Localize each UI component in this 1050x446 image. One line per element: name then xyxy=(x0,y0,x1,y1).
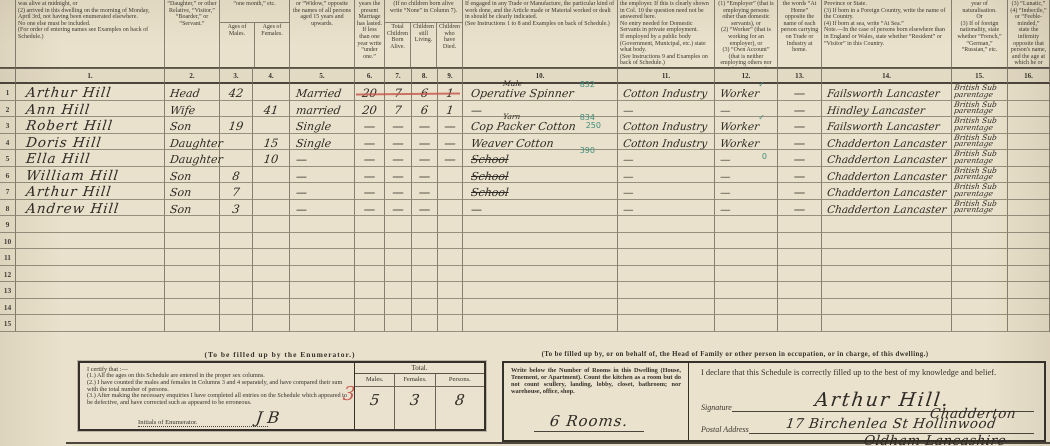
empty-cell xyxy=(1008,249,1050,266)
header-col-name: was alive at midnight, or (2) arrived in… xyxy=(16,0,165,68)
empty-cell xyxy=(412,216,438,233)
row-number: 2 xyxy=(0,101,16,118)
cell-age-males xyxy=(220,134,253,151)
empty-cell xyxy=(822,299,952,316)
cell-industry: Cotton Industry xyxy=(618,134,715,151)
cell-relationship: Son xyxy=(165,117,220,134)
cell-age-females: 10 xyxy=(253,150,290,167)
cell-relationship: Head xyxy=(165,84,220,101)
column-number: 14. xyxy=(822,68,952,84)
empty-cell xyxy=(822,315,952,332)
empty-cell xyxy=(1008,282,1050,299)
cell-birthplace: Chadderton Lancaster xyxy=(822,150,952,167)
empty-cell xyxy=(290,216,355,233)
header-col-relationship: “Daughter,” or other Relative, “Visitor,… xyxy=(165,0,220,68)
cell-relationship: Wife xyxy=(165,101,220,118)
initials-label: Initials of Enumerator. xyxy=(138,419,268,427)
initials-line: Initials of Enumerator. J B xyxy=(138,419,268,426)
totals-table: Total. Males. Females. Persons. 5 3 8 xyxy=(354,363,484,429)
cell-children-died: — xyxy=(438,117,463,134)
empty-cell xyxy=(463,282,618,299)
cell-infirmity xyxy=(1008,167,1050,184)
column-number: 16. xyxy=(1008,68,1050,84)
cell-industry: — xyxy=(618,183,715,200)
certify-items: (1.) All the ages on this Schedule are e… xyxy=(87,373,349,407)
header-col-ages-females: Ages of Females. xyxy=(255,23,289,67)
column-number: 9. xyxy=(438,68,463,84)
empty-cell xyxy=(385,282,412,299)
cell-age-females: 41 xyxy=(253,101,290,118)
column-number: 5. xyxy=(290,68,355,84)
enumerator-certification: I certify that :— (1.) All the ages on t… xyxy=(80,363,354,429)
cell-name: Ann Hill xyxy=(16,101,165,118)
cell-children-born: — xyxy=(385,150,412,167)
empty-cell xyxy=(1008,299,1050,316)
empty-cell xyxy=(16,299,165,316)
cell-age-males: 8 xyxy=(220,167,253,184)
empty-cell xyxy=(618,282,715,299)
empty-cell xyxy=(715,216,778,233)
cell-children-living: — xyxy=(412,167,438,184)
empty-cell xyxy=(778,216,822,233)
totals-value-males: 5 xyxy=(355,387,395,429)
empty-cell xyxy=(463,249,618,266)
empty-cell xyxy=(253,315,290,332)
empty-cell xyxy=(618,266,715,283)
empty-cell xyxy=(438,315,463,332)
cell-nationality: British Subparentage xyxy=(952,84,1008,101)
cell-children-born: — xyxy=(385,134,412,151)
empty-cell xyxy=(355,315,385,332)
cell-years-married: — xyxy=(355,183,385,200)
empty-cell xyxy=(253,233,290,250)
cell-name: Andrew Hill xyxy=(16,200,165,217)
cell-occupation: Operative SpinnerMule832 xyxy=(463,84,618,101)
census-table: was alive at midnight, or (2) arrived in… xyxy=(0,0,1050,332)
totals-title: Total. xyxy=(355,363,484,374)
cell-nationality: British Subparentage xyxy=(952,101,1008,118)
enumerator-box: I certify that :— (1.) All the ages on t… xyxy=(78,361,486,431)
empty-cell xyxy=(952,282,1008,299)
cell-children-died: — xyxy=(438,134,463,151)
cell-age-males: 42 xyxy=(220,84,253,101)
empty-cell xyxy=(290,266,355,283)
row-number: 6 xyxy=(0,167,16,184)
empty-cell xyxy=(778,315,822,332)
empty-cell xyxy=(463,266,618,283)
cell-at-home: — xyxy=(778,150,822,167)
cell-employment-status: — xyxy=(715,101,778,118)
address-row: Postal Address 17 Birchenlea St Hollinwo… xyxy=(701,415,1034,434)
cell-marital-condition: Single xyxy=(290,117,355,134)
empty-cell xyxy=(715,266,778,283)
row-number: 8 xyxy=(0,200,16,217)
empty-cell xyxy=(290,282,355,299)
empty-cell xyxy=(952,266,1008,283)
header-col-particulars: or “Widow,” opposite the names of all pe… xyxy=(290,0,355,68)
cell-nationality: British Subparentage xyxy=(952,167,1008,184)
empty-cell xyxy=(412,299,438,316)
empty-cell xyxy=(16,266,165,283)
empty-cell xyxy=(618,233,715,250)
cell-infirmity xyxy=(1008,101,1050,118)
empty-cell xyxy=(165,266,220,283)
census-schedule-sheet: was alive at midnight, or (2) arrived in… xyxy=(0,0,1050,446)
empty-cell xyxy=(412,315,438,332)
totals-header-males: Males. xyxy=(355,374,395,387)
green-zero-mark: 0 xyxy=(762,152,767,161)
enumerator-initials-value: J B xyxy=(255,408,281,427)
empty-cell xyxy=(412,282,438,299)
empty-cell xyxy=(253,282,290,299)
empty-cell xyxy=(220,266,253,283)
cell-nationality: British Subparentage xyxy=(952,150,1008,167)
empty-cell xyxy=(253,299,290,316)
empty-cell xyxy=(618,299,715,316)
cell-at-home: — xyxy=(778,200,822,217)
declaration-text: I declare that this Schedule is correctl… xyxy=(701,368,1034,378)
header-col-at-home: the words “At Home” opposite the name of… xyxy=(778,0,822,68)
empty-cell xyxy=(778,266,822,283)
cell-nationality: British Subparentage xyxy=(952,117,1008,134)
cell-age-males: 19 xyxy=(220,117,253,134)
row-number: 13 xyxy=(0,282,16,299)
occupation-annotation: Mule xyxy=(503,80,523,88)
column-number: 8. xyxy=(412,68,438,84)
header-col-birthplace: Province or State. (3) If born in a Fore… xyxy=(822,0,952,68)
cell-age-males xyxy=(220,150,253,167)
occupation-annotation: Yarn xyxy=(503,113,521,121)
cell-at-home: — xyxy=(778,84,822,101)
empty-cell xyxy=(290,233,355,250)
cell-nationality: British Subparentage xyxy=(952,134,1008,151)
empty-cell xyxy=(16,233,165,250)
empty-cell xyxy=(618,216,715,233)
cell-at-home: — xyxy=(778,167,822,184)
occupation-code-green: 832 xyxy=(580,80,595,89)
totals-header-females: Females. xyxy=(395,374,435,387)
cell-children-died xyxy=(438,200,463,217)
cell-years-married: 20 xyxy=(355,101,385,118)
header-col-children-born: Total Children Born Alive. xyxy=(385,23,411,67)
rooms-instruction: Write below the Number of Rooms in this … xyxy=(511,367,681,395)
empty-cell xyxy=(715,249,778,266)
empty-cell xyxy=(438,266,463,283)
cell-age-females xyxy=(253,200,290,217)
cell-infirmity xyxy=(1008,134,1050,151)
occupation-code-green: 390 xyxy=(580,146,595,155)
header-children-note: (If no children born alive write “None” … xyxy=(385,0,462,23)
cell-marital-condition: married xyxy=(290,101,355,118)
cell-nationality: British Subparentage xyxy=(952,200,1008,217)
cell-industry: — xyxy=(618,150,715,167)
empty-cell xyxy=(290,315,355,332)
row-number: 7 xyxy=(0,183,16,200)
cell-children-living: — xyxy=(412,150,438,167)
row-number: 12 xyxy=(0,266,16,283)
bottom-rule xyxy=(66,442,1050,444)
cell-children-born: 7 xyxy=(385,101,412,118)
row-number: 1 xyxy=(0,84,16,101)
empty-cell xyxy=(412,233,438,250)
empty-cell xyxy=(952,299,1008,316)
cell-birthplace: Chadderton Lancaster xyxy=(822,200,952,217)
cell-birthplace: Chadderton Lancaster xyxy=(822,167,952,184)
cell-children-died xyxy=(438,167,463,184)
cell-years-married: 20 xyxy=(355,84,385,101)
column-number: 4. xyxy=(253,68,290,84)
header-corner xyxy=(0,0,16,68)
column-number: 2. xyxy=(165,68,220,84)
cell-industry: Cotton Industry xyxy=(618,84,715,101)
address-note-below: Oldham Lancashire xyxy=(863,433,1007,446)
empty-cell xyxy=(16,216,165,233)
empty-cell xyxy=(715,233,778,250)
green-check-mark: ✓ xyxy=(758,80,765,89)
cell-employment-status: — xyxy=(715,200,778,217)
row-number: 10 xyxy=(0,233,16,250)
cell-children-born: — xyxy=(385,117,412,134)
row-number: 11 xyxy=(0,249,16,266)
empty-cell xyxy=(618,315,715,332)
header-col-infirmity: (3) “Lunatic,” (4) “Imbecile,” or “Feebl… xyxy=(1008,0,1050,68)
cell-years-married: — xyxy=(355,150,385,167)
cell-employment-status: Worker xyxy=(715,134,778,151)
empty-cell xyxy=(438,282,463,299)
empty-cell xyxy=(220,315,253,332)
empty-cell xyxy=(438,299,463,316)
signature-label: Signature xyxy=(701,403,732,412)
cell-children-living: 6 xyxy=(412,101,438,118)
empty-cell xyxy=(822,216,952,233)
cell-name: Arthur Hill xyxy=(16,183,165,200)
cell-industry: — xyxy=(618,200,715,217)
empty-cell xyxy=(385,233,412,250)
family-box: Write below the Number of Rooms in this … xyxy=(502,361,1046,442)
empty-cell xyxy=(355,233,385,250)
cell-infirmity xyxy=(1008,117,1050,134)
empty-cell xyxy=(822,266,952,283)
header-col-children-died: Children who have Died. xyxy=(437,23,462,67)
header-col-industry: the employer. If this is clearly shown i… xyxy=(618,0,715,68)
row-number: 9 xyxy=(0,216,16,233)
empty-cell xyxy=(220,216,253,233)
totals-header-persons: Persons. xyxy=(436,374,484,387)
empty-cell xyxy=(778,233,822,250)
column-number: 11. xyxy=(618,68,715,84)
cell-name: Arthur Hill xyxy=(16,84,165,101)
empty-cell xyxy=(822,233,952,250)
empty-cell xyxy=(355,249,385,266)
empty-cell xyxy=(220,299,253,316)
empty-cell xyxy=(165,233,220,250)
empty-cell xyxy=(165,315,220,332)
header-group-ages: “one month,” etc. Ages of Males. Ages of… xyxy=(220,0,290,68)
cell-nationality: British Subparentage xyxy=(952,183,1008,200)
column-number: 12. xyxy=(715,68,778,84)
totals-value-females: 3 xyxy=(395,387,435,429)
cell-occupation: School xyxy=(463,183,618,200)
rooms-panel: Write below the Number of Rooms in this … xyxy=(504,363,689,440)
cell-infirmity xyxy=(1008,150,1050,167)
empty-cell xyxy=(463,233,618,250)
cell-marital-condition: — xyxy=(290,167,355,184)
column-number: 7. xyxy=(385,68,412,84)
cell-industry: — xyxy=(618,167,715,184)
empty-cell xyxy=(1008,216,1050,233)
empty-cell xyxy=(952,249,1008,266)
column-number: 15. xyxy=(952,68,1008,84)
empty-cell xyxy=(385,299,412,316)
empty-cell xyxy=(16,249,165,266)
row-number: 3 xyxy=(0,117,16,134)
column-number: 6. xyxy=(355,68,385,84)
cell-age-females xyxy=(253,167,290,184)
cell-relationship: Son xyxy=(165,200,220,217)
cell-industry: — xyxy=(618,101,715,118)
empty-cell xyxy=(16,282,165,299)
cell-age-females xyxy=(253,84,290,101)
cell-children-living: — xyxy=(412,200,438,217)
header-ages-note: “one month,” etc. xyxy=(220,0,289,23)
cell-employment-status: Worker✓ xyxy=(715,117,778,134)
cell-occupation: — xyxy=(463,200,618,217)
empty-cell xyxy=(438,233,463,250)
empty-cell xyxy=(165,299,220,316)
empty-cell xyxy=(715,315,778,332)
cell-children-living: — xyxy=(412,117,438,134)
header-col-nationality: year of naturalisation. Or (3) If of for… xyxy=(952,0,1008,68)
cell-name: Doris Hill xyxy=(16,134,165,151)
cell-employment-status: Worker✓ xyxy=(715,84,778,101)
cell-age-males: 7 xyxy=(220,183,253,200)
cell-years-married: — xyxy=(355,167,385,184)
enumerator-section-title: (To be filled up by the Enumerator.) xyxy=(80,350,480,359)
cell-years-married: — xyxy=(355,134,385,151)
cell-infirmity xyxy=(1008,183,1050,200)
empty-cell xyxy=(778,249,822,266)
cell-at-home: — xyxy=(778,117,822,134)
cell-children-born: — xyxy=(385,167,412,184)
cell-employment-status: — xyxy=(715,183,778,200)
empty-cell xyxy=(778,282,822,299)
empty-cell xyxy=(952,315,1008,332)
row-number: 14 xyxy=(0,299,16,316)
cell-birthplace: Failsworth Lancaster xyxy=(822,84,952,101)
empty-cell xyxy=(355,299,385,316)
empty-cell xyxy=(952,233,1008,250)
cell-relationship: Son xyxy=(165,167,220,184)
cell-infirmity xyxy=(1008,84,1050,101)
address-note-above: Chadderton xyxy=(929,406,1017,422)
row-number: 15 xyxy=(0,315,16,332)
totals-value-persons: 8 xyxy=(436,387,484,429)
cell-children-died: 1 xyxy=(438,101,463,118)
empty-cell xyxy=(165,282,220,299)
header-col-children-living: Children still Living. xyxy=(411,23,437,67)
empty-cell xyxy=(715,299,778,316)
empty-cell xyxy=(355,266,385,283)
cell-birthplace: Chadderton Lancaster xyxy=(822,134,952,151)
empty-cell xyxy=(253,266,290,283)
cell-birthplace: Failsworth Lancaster xyxy=(822,117,952,134)
empty-cell xyxy=(1008,315,1050,332)
cell-children-died: — xyxy=(438,150,463,167)
cell-marital-condition: Single xyxy=(290,134,355,151)
cell-occupation: School xyxy=(463,167,618,184)
cell-age-males: 3 xyxy=(220,200,253,217)
header-col-employment-status: (1) “Employer” (that is employing person… xyxy=(715,0,778,68)
cell-years-married: — xyxy=(355,117,385,134)
cell-relationship: Son xyxy=(165,183,220,200)
cell-age-females xyxy=(253,117,290,134)
empty-cell xyxy=(253,216,290,233)
empty-cell xyxy=(822,282,952,299)
column-number: 3. xyxy=(220,68,253,84)
header-col-occupation: If engaged in any Trade or Manufacture, … xyxy=(463,0,618,68)
cell-children-living: — xyxy=(412,134,438,151)
declaration-panel: I declare that this Schedule is correctl… xyxy=(689,363,1044,440)
empty-cell xyxy=(165,216,220,233)
header-group-children: (If no children born alive write “None” … xyxy=(385,0,463,68)
empty-cell xyxy=(952,216,1008,233)
cell-relationship: Daughter xyxy=(165,150,220,167)
cell-birthplace: Hindley Lancaster xyxy=(822,101,952,118)
empty-cell xyxy=(463,315,618,332)
empty-cell xyxy=(165,249,220,266)
cell-age-females xyxy=(253,183,290,200)
cell-age-females: 15 xyxy=(253,134,290,151)
empty-cell xyxy=(822,249,952,266)
rooms-value-line: 6 Rooms. xyxy=(534,412,644,432)
cell-age-males xyxy=(220,101,253,118)
empty-cell xyxy=(385,216,412,233)
empty-cell xyxy=(290,249,355,266)
cell-industry: Cotton Industry xyxy=(618,117,715,134)
bottom-section: (To be filled up by the Enumerator.) I c… xyxy=(0,332,1050,446)
empty-cell xyxy=(355,282,385,299)
empty-cell xyxy=(412,266,438,283)
row-number: 4 xyxy=(0,134,16,151)
cell-employment-status: —0 xyxy=(715,150,778,167)
cell-name: William Hill xyxy=(16,167,165,184)
cell-at-home: — xyxy=(778,134,822,151)
green-check-mark: ✓ xyxy=(758,113,765,122)
header-col-ages-males: Ages of Males. xyxy=(220,23,255,67)
cell-employment-status: — xyxy=(715,167,778,184)
occupation-code-green: 250 xyxy=(586,121,601,130)
cell-children-born: — xyxy=(385,183,412,200)
empty-cell xyxy=(715,282,778,299)
cell-children-living: — xyxy=(412,183,438,200)
empty-cell xyxy=(385,266,412,283)
cell-occupation: School390 xyxy=(463,150,618,167)
empty-cell xyxy=(16,315,165,332)
empty-cell xyxy=(220,282,253,299)
empty-cell xyxy=(290,299,355,316)
empty-cell xyxy=(463,216,618,233)
empty-cell xyxy=(385,315,412,332)
empty-cell xyxy=(778,299,822,316)
address-label: Postal Address xyxy=(701,425,749,434)
column-number: 1. xyxy=(16,68,165,84)
cell-relationship: Daughter xyxy=(165,134,220,151)
address-line: 17 Birchenlea St Hollinwood Chadderton O… xyxy=(749,415,1034,434)
cell-marital-condition: — xyxy=(290,183,355,200)
cell-children-died xyxy=(438,183,463,200)
cell-birthplace: Chadderton Lancaster xyxy=(822,183,952,200)
empty-cell xyxy=(1008,233,1050,250)
